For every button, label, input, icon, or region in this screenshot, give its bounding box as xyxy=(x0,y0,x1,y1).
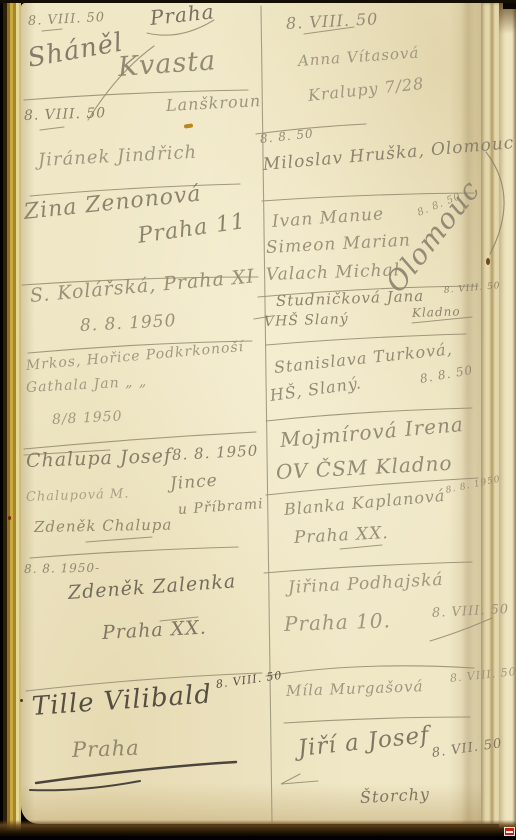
bottom-border xyxy=(0,820,516,840)
scan-marker-chip xyxy=(504,827,515,836)
paper-speck xyxy=(8,516,11,520)
top-border xyxy=(0,0,516,3)
page-stack-edge-outer xyxy=(499,0,516,828)
entry-date: 8. 8. 1950- xyxy=(24,561,100,576)
page-stack-edge-inner xyxy=(481,3,499,824)
entry-place: Štorchy xyxy=(360,784,431,807)
scanned-guestbook-page: 8. VIII. 50 Praha Sháněl Kvasta 8. VIII.… xyxy=(0,0,516,840)
entry-date: 8. VIII. 50 xyxy=(24,105,107,124)
entry-org: VHŠ Slaný xyxy=(264,311,349,330)
signature: Zdeněk Chalupa xyxy=(34,516,173,536)
paper-speck xyxy=(486,258,490,265)
entry-place: Praha 10. xyxy=(284,608,392,636)
book-spine-edge xyxy=(0,0,21,840)
paper-speck xyxy=(20,699,23,702)
entry-place: Praha xyxy=(72,736,141,762)
entry-place: Jince xyxy=(169,471,218,494)
entry-place: Kladno xyxy=(412,304,461,320)
